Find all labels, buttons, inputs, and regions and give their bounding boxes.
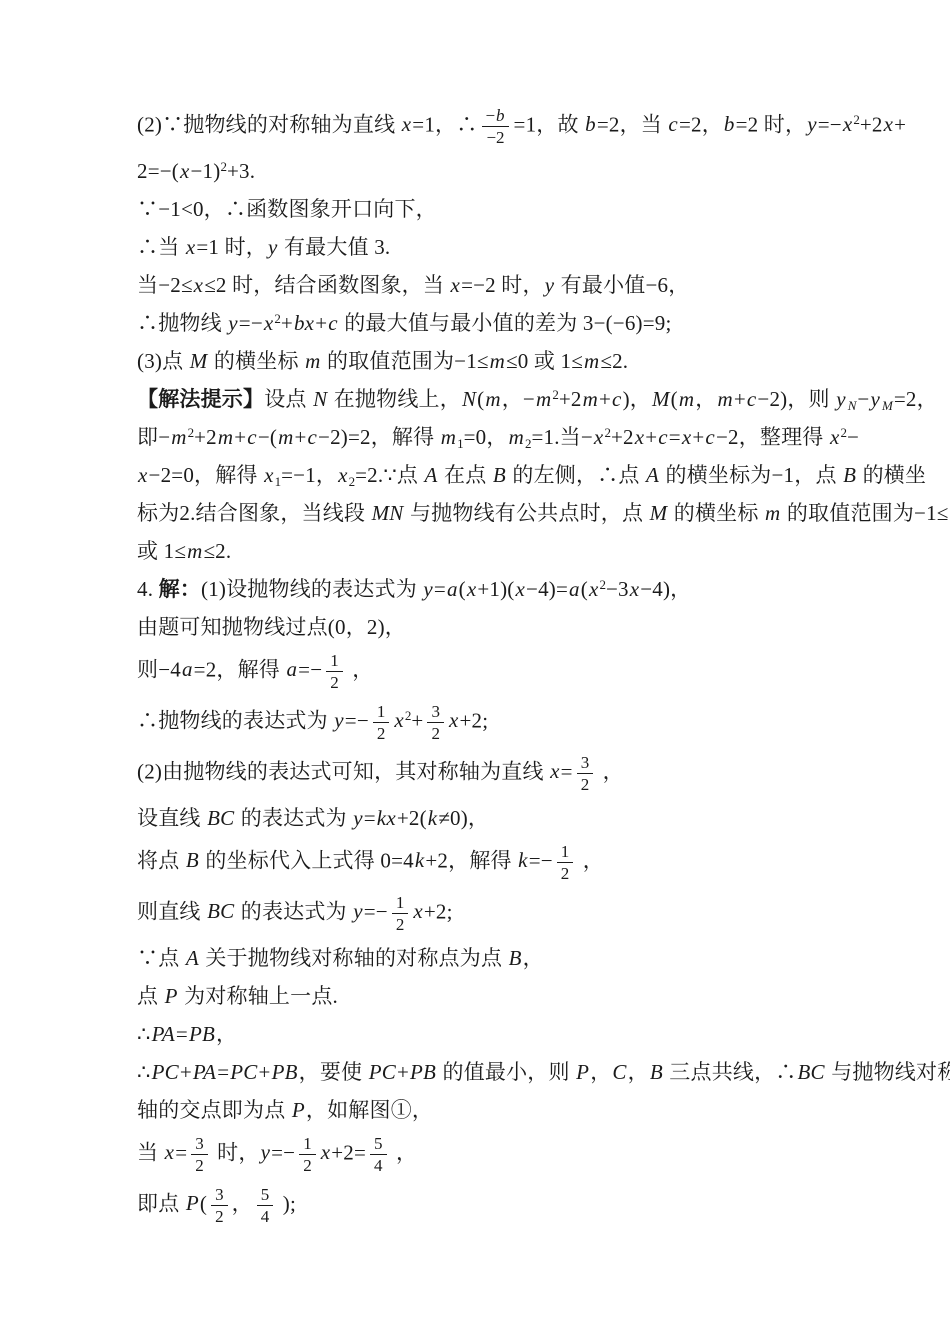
text-line-23: ∴PA=PB，: [137, 1020, 849, 1048]
math-variable: x: [549, 759, 561, 783]
math-variable: bx: [293, 311, 315, 335]
fraction-numerator: 1: [326, 651, 343, 671]
text-line-18: 设直线 BC 的表达式为 y=kx+2(k≠0)，: [137, 804, 849, 832]
fraction-denominator: 2: [373, 722, 390, 743]
math-variable: x: [412, 899, 424, 923]
math-variable: y: [835, 387, 847, 411]
math-variable: c: [657, 425, 669, 449]
fraction-numerator: 1: [373, 702, 390, 722]
fraction-numerator: −b: [481, 106, 509, 126]
math-variable: m: [440, 425, 457, 449]
math-variable: x: [263, 463, 275, 487]
math-variable: x: [593, 425, 605, 449]
text-line-16: ∴抛物线的表达式为 y=−12x2+32x+2;: [137, 702, 849, 743]
fraction-denominator: 2: [577, 773, 594, 794]
fraction-numerator: 3: [577, 753, 594, 773]
math-variable: y: [352, 899, 364, 923]
math-variable: B: [508, 946, 523, 970]
math-variable: c: [246, 425, 258, 449]
math-variable: x: [883, 112, 895, 136]
bold-label: 【解法提示】: [137, 387, 264, 411]
math-variable: x: [588, 577, 600, 601]
fraction-denominator: 2: [557, 862, 574, 883]
text-line-1: (2)∵抛物线的对称轴为直线 x=1，∴−b−2=1，故 b=2，当 c=2，b…: [137, 106, 849, 147]
math-variable: x: [450, 273, 462, 297]
math-variable: P: [164, 984, 179, 1008]
subscript: N: [847, 398, 858, 413]
math-variable: b: [584, 112, 597, 136]
solution-document: (2)∵抛物线的对称轴为直线 x=1，∴−b−2=1，故 b=2，当 c=2，b…: [137, 106, 849, 1236]
text-line-20: 则直线 BC 的表达式为 y=−12x+2;: [137, 893, 849, 934]
fraction: 12: [557, 842, 574, 883]
text-line-9: 即−m2+2m+c−(m+c−2)=2，解得 m1=0，m2=1.当−x2+2x…: [137, 423, 849, 451]
math-variable: x: [829, 425, 841, 449]
math-variable: x: [137, 463, 149, 487]
page: { "colors": { "background": "#ffffff", "…: [0, 0, 950, 1344]
math-variable: k: [427, 806, 439, 830]
math-variable: m: [583, 349, 600, 373]
math-variable: a: [285, 657, 298, 681]
superscript: 2: [604, 425, 611, 440]
fraction: 12: [326, 651, 343, 692]
fraction: 54: [370, 1134, 387, 1175]
text-line-25: 轴的交点即为点 P，如解图①，: [137, 1096, 849, 1124]
subscript: 2: [349, 474, 356, 489]
math-variable: y: [333, 708, 345, 732]
fraction-denominator: 4: [257, 1205, 274, 1226]
math-variable: PA: [151, 1022, 176, 1046]
fraction: 32: [577, 753, 594, 794]
math-variable: a: [568, 577, 581, 601]
text-line-7: (3)点 M 的横坐标 m 的取值范围为−1≤m≤0 或 1≤m≤2.: [137, 347, 849, 375]
math-variable: A: [185, 946, 200, 970]
text-line-24: ∴PC+PA=PC+PB，要使 PC+PB 的值最小，则 P，C，B 三点共线，…: [137, 1058, 849, 1086]
math-variable: M: [189, 349, 209, 373]
math-variable: x: [320, 1140, 332, 1164]
math-variable: x: [263, 311, 275, 335]
math-variable: x: [179, 159, 191, 183]
math-variable: x: [842, 112, 854, 136]
math-variable: PB: [188, 1022, 216, 1046]
fraction: 32: [427, 702, 444, 743]
math-variable: P: [291, 1098, 306, 1122]
math-variable: x: [393, 708, 405, 732]
text-line-15: 则−4a=2，解得 a=−12 ，: [137, 651, 849, 692]
math-variable: c: [327, 311, 339, 335]
math-variable: N: [461, 387, 477, 411]
text-line-10: x−2=0，解得 x1=−1，x2=2.∵点 A 在点 B 的左侧，∴点 A 的…: [137, 461, 849, 489]
fraction-numerator: 3: [427, 702, 444, 722]
math-variable: MN: [371, 501, 405, 525]
math-variable: x: [634, 425, 646, 449]
math-variable: m: [489, 349, 506, 373]
math-variable: B: [185, 848, 200, 872]
text-line-11: 标为2.结合图象，当线段 MN 与抛物线有公共点时，点 M 的横坐标 m 的取值…: [137, 499, 849, 527]
math-variable: x: [515, 577, 527, 601]
superscript: 2: [840, 425, 847, 440]
math-variable: N: [312, 387, 328, 411]
math-variable: A: [424, 463, 439, 487]
math-variable: kx: [376, 806, 397, 830]
fraction: 32: [211, 1185, 228, 1226]
math-variable: M: [649, 501, 669, 525]
superscript: 2: [188, 425, 195, 440]
superscript: 2: [220, 159, 227, 174]
math-variable: m: [764, 501, 781, 525]
math-variable: x: [681, 425, 693, 449]
text-line-19: 将点 B 的坐标代入上式得 0=4k+2，解得 k=−12 ，: [137, 842, 849, 883]
math-variable: m: [535, 387, 552, 411]
math-variable: BC: [206, 899, 235, 923]
text-line-8: 【解法提示】设点 N 在抛物线上，N(m，−m2+2m+c)，M(m，m+c−2…: [137, 385, 849, 413]
math-variable: c: [307, 425, 319, 449]
fraction-denominator: 2: [392, 913, 409, 934]
fraction: 12: [373, 702, 390, 743]
math-variable: b: [723, 112, 736, 136]
fraction-denominator: 2: [211, 1205, 228, 1226]
math-variable: m: [716, 387, 733, 411]
superscript: 2: [853, 112, 860, 127]
fraction-denominator: 2: [191, 1154, 208, 1175]
math-variable: k: [517, 848, 529, 872]
text-line-2: 2=−(x−1)2+3.: [137, 157, 849, 185]
math-variable: c: [611, 387, 623, 411]
math-variable: y: [806, 112, 818, 136]
math-variable: x: [193, 273, 205, 297]
fraction-numerator: 3: [211, 1185, 228, 1205]
math-variable: y: [267, 235, 279, 259]
math-variable: B: [649, 1060, 664, 1084]
fraction-denominator: −2: [482, 126, 508, 147]
text-line-27: 即点 P(32，54 );: [137, 1185, 849, 1226]
math-variable: m: [277, 425, 294, 449]
math-variable: x: [466, 577, 478, 601]
fraction: 32: [191, 1134, 208, 1175]
math-variable: P: [185, 1191, 200, 1215]
math-variable: PC: [229, 1060, 258, 1084]
math-variable: x: [164, 1140, 176, 1164]
text-line-5: 当−2≤x≤2 时，结合函数图象，当 x=−2 时，y 有最小值−6，: [137, 271, 849, 299]
text-line-21: ∵点 A 关于抛物线对称轴的对称点为点 B，: [137, 944, 849, 972]
math-variable: y: [422, 577, 434, 601]
fraction-numerator: 5: [370, 1134, 387, 1154]
math-variable: x: [401, 112, 413, 136]
superscript: 2: [599, 577, 606, 592]
math-variable: y: [352, 806, 364, 830]
fraction-denominator: 4: [370, 1154, 387, 1175]
text-line-6: ∴抛物线 y=−x2+bx+c 的最大值与最小值的差为 3−(−6)=9;: [137, 309, 849, 337]
math-variable: P: [575, 1060, 590, 1084]
fraction-denominator: 2: [299, 1154, 316, 1175]
text-line-12: 或 1≤m≤2.: [137, 537, 849, 565]
math-variable: C: [611, 1060, 627, 1084]
fraction-numerator: 3: [191, 1134, 208, 1154]
fraction-numerator: 1: [557, 842, 574, 862]
math-variable: m: [186, 539, 203, 563]
fraction-numerator: 1: [299, 1134, 316, 1154]
math-variable: a: [446, 577, 459, 601]
math-variable: y: [869, 387, 881, 411]
math-variable: BC: [206, 806, 235, 830]
math-variable: x: [629, 577, 641, 601]
math-variable: m: [304, 349, 321, 373]
text-line-13: 4. 解：(1)设抛物线的表达式为 y=a(x+1)(x−4)=a(x2−3x−…: [137, 575, 849, 603]
subscript: 1: [275, 474, 282, 489]
math-variable: m: [678, 387, 695, 411]
math-variable: x: [337, 463, 349, 487]
fraction-denominator: 2: [326, 671, 343, 692]
math-variable: x: [448, 708, 460, 732]
math-variable: m: [217, 425, 234, 449]
math-variable: PC: [151, 1060, 180, 1084]
fraction-numerator: 1: [392, 893, 409, 913]
math-variable: PC: [368, 1060, 397, 1084]
math-variable: c: [746, 387, 758, 411]
math-variable: M: [881, 398, 894, 413]
superscript: 2: [552, 387, 559, 402]
bold-label: 解：: [159, 577, 201, 601]
subscript: 2: [525, 436, 532, 451]
math-variable: m: [170, 425, 187, 449]
math-variable: BC: [797, 1060, 826, 1084]
text-line-14: 由题可知抛物线过点(0，2)，: [137, 613, 849, 641]
math-variable: B: [492, 463, 507, 487]
text-line-26: 当 x=32 时，y=−12x+2=54 ，: [137, 1134, 849, 1175]
math-variable: k: [414, 848, 426, 872]
fraction: 12: [299, 1134, 316, 1175]
math-variable: b: [495, 106, 506, 125]
subscript: M: [881, 398, 894, 413]
fraction: −b−2: [481, 106, 509, 147]
math-variable: m: [484, 387, 501, 411]
math-variable: A: [645, 463, 660, 487]
text-line-22: 点 P 为对称轴上一点.: [137, 982, 849, 1010]
superscript: 2: [274, 311, 281, 326]
math-variable: N: [847, 398, 858, 413]
math-variable: m: [582, 387, 599, 411]
math-variable: PB: [409, 1060, 437, 1084]
math-variable: PB: [271, 1060, 299, 1084]
text-line-4: ∴当 x=1 时，y 有最大值 3.: [137, 233, 849, 261]
fraction-numerator: 5: [257, 1185, 274, 1205]
fraction-denominator: 2: [427, 722, 444, 743]
superscript: 2: [405, 708, 412, 723]
math-variable: B: [842, 463, 857, 487]
math-variable: a: [181, 657, 194, 681]
math-variable: y: [260, 1140, 272, 1164]
math-variable: c: [704, 425, 716, 449]
math-variable: x: [185, 235, 197, 259]
fraction: 12: [392, 893, 409, 934]
math-variable: y: [544, 273, 556, 297]
fraction: 54: [257, 1185, 274, 1226]
subscript: 1: [457, 436, 464, 451]
math-variable: M: [651, 387, 671, 411]
text-line-17: (2)由抛物线的表达式可知，其对称轴为直线 x=32 ，: [137, 753, 849, 794]
math-variable: y: [227, 311, 239, 335]
text-line-3: ∵−1<0，∴函数图象开口向下，: [137, 195, 849, 223]
math-variable: m: [508, 425, 525, 449]
math-variable: PA: [192, 1060, 217, 1084]
math-variable: c: [667, 112, 679, 136]
